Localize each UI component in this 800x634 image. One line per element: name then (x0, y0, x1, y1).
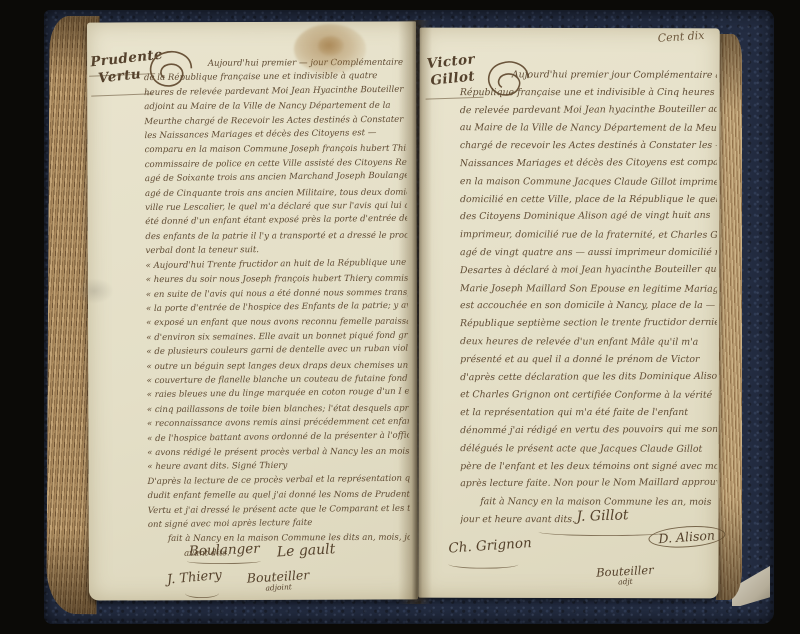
manuscript-line: République septième section le trente fr… (460, 314, 717, 333)
signature-flourish (185, 588, 219, 598)
manuscript-line: Desartes à déclaré à moi Jean hyacinthe … (460, 261, 717, 280)
manuscript-line: dénommé j'ai rédigé en vertu des pouvoir… (460, 421, 717, 440)
signature-grignon: Ch. Grignon (448, 535, 532, 557)
manuscript-line: comparu en la maison Commune Joseph fran… (145, 142, 407, 158)
manuscript-line: agé de vingt quatre ans — aussi imprimeu… (460, 244, 717, 262)
manuscript-line: « la porte d'entrée de l'hospice des Enf… (146, 299, 408, 317)
manuscript-line: « outre un béguin sept langes deux draps… (146, 358, 408, 374)
manuscript-line: « de l'hospice battant avons ordonné de … (147, 428, 409, 446)
manuscript-line: chargé de recevoir les Actes destinés à … (460, 137, 717, 155)
manuscript-line: été donné d'un enfant étant exposé près … (145, 212, 407, 230)
manuscript-line: « raies bleues une du linge marquée en c… (147, 385, 409, 403)
photograph-of-open-register: Prudente Vertu Aujourd'hui premier — jou… (0, 0, 800, 634)
manuscript-line: heures de relevée pardevant Moi Jean Hya… (144, 82, 406, 100)
manuscript-line: imprimeur, domicilié rue de la fraternit… (460, 226, 717, 244)
manuscript-line: en la maison Commune Jacques Claude Gill… (460, 173, 717, 191)
signature-bouteiller-left: Bouteiller adjoint (246, 567, 310, 593)
page-edges-right (716, 34, 742, 600)
manuscript-line: des Citoyens Dominique Alison agé de vin… (460, 207, 717, 226)
manuscript-line: les Naissances Mariages et décès des Cit… (144, 126, 406, 144)
manuscript-line: de relevée pardevant Moi Jean hyacinthe … (460, 100, 717, 119)
manuscript-line: d'après cette déclaration que les dits D… (460, 367, 717, 386)
signature-bouteiller-right: Bouteiller adjt (596, 563, 655, 588)
manuscript-line: Aujourd'hui premier — jour Complémentair… (144, 56, 406, 72)
manuscript-line: Marie Joseph Maillard Son Epouse en legi… (460, 280, 717, 298)
manuscript-line: au Maire de la Ville de Nancy Départemen… (460, 120, 717, 138)
manuscript-line: dudit enfant femelle au quel j'ai donné … (148, 488, 410, 504)
manuscript-line: Naissances Mariages et décès des Citoyen… (460, 154, 717, 173)
manuscript-line: « de plusieurs couleurs garni de dentell… (146, 342, 408, 360)
signature-flourish (448, 560, 518, 569)
manuscript-line: « heures du soir nous Joseph françois hu… (146, 272, 408, 288)
manuscript-line: père de l'enfant et les deux témoins ont… (460, 457, 717, 475)
manuscript-line: adjoint au Maire de la Ville de Nancy Dé… (144, 99, 406, 115)
left-page: Prudente Vertu Aujourd'hui premier — jou… (87, 21, 418, 600)
manuscript-line: « avons rédigé le présent procès verbal … (147, 445, 409, 461)
manuscript-line: et Charles Grignon ont certifiée Conform… (460, 387, 717, 405)
right-page: Cent dix Victor Gillot Aujourd'hui premi… (418, 28, 719, 599)
manuscript-line: est accouchée en son domicile à Nancy, p… (460, 297, 717, 315)
manuscript-line: présenté et au quel il a donné le prénom… (460, 351, 717, 369)
manuscript-line: agé de Soixante trois ans ancien Marchan… (145, 169, 407, 187)
manuscript-line: « cinq paillassons de toile bien blanche… (147, 401, 409, 417)
manuscript-line: ont signé avec moi après lecture faite (148, 515, 410, 533)
manuscript-line: agé de Cinquante trois ans ancien Milita… (145, 185, 407, 201)
signature-legault: Le gault (276, 541, 335, 560)
manuscript-line: « exposé un enfant que nous avons reconn… (146, 315, 408, 331)
manuscript-line: des enfants de la patrie il l'y a transp… (145, 229, 407, 245)
manuscript-line: délégués le présent acte que Jacques Cla… (460, 440, 717, 458)
manuscript-line: République française une et indivisible … (460, 84, 717, 102)
manuscript-line: Aujourd'hui premier jour Complémentaire … (460, 66, 717, 84)
folio-number: Cent dix (657, 29, 704, 45)
signature-gillot: J. Gillot (576, 507, 629, 525)
manuscript-line: après lecture faite. Non pour le Nom Mai… (460, 474, 717, 493)
left-page-body-text: Aujourd'hui premier — jour Complémentair… (144, 55, 410, 573)
manuscript-line: « Aujourd'hui Trente fructidor an huit d… (145, 255, 407, 273)
manuscript-line: domicilié en cette Ville, place de la Ré… (460, 191, 717, 209)
manuscript-line: deux heures de relevée d'un enfant Mâle … (460, 333, 717, 351)
manuscript-line: D'après la lecture de ce procès verbal e… (147, 471, 409, 489)
signature-boulanger: Boulanger (189, 541, 260, 560)
right-page-body-text: Aujourd'hui premier jour Complémentaire … (460, 66, 717, 536)
manuscript-line: et la représentation qui m'a été faite d… (460, 404, 717, 422)
